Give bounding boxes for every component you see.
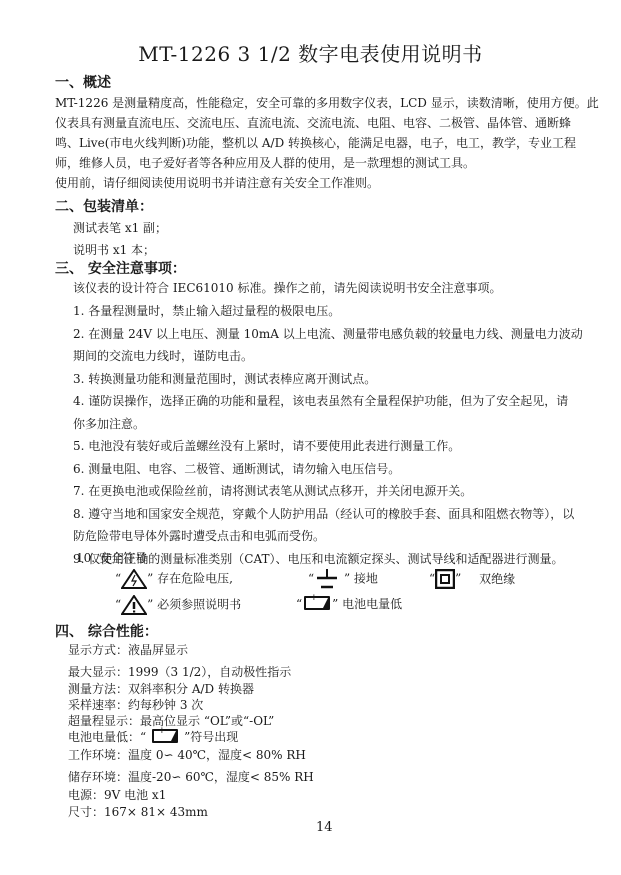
safety-list: 1. 各量程测量时，禁止输入超过量程的极限电压。 2. 在测量 24V 以上电压… [73, 300, 583, 570]
safety-item: 防危险带电导体外露时遭受点击和电弧而受伤。 [73, 525, 583, 548]
safety-item: 8. 遵守当地和国家安全规范，穿戴个人防护用品（经认可的橡胶手套、面具和阻燃衣物… [73, 503, 583, 526]
safety-item: 4. 谨防误操作，选择正确的功能和量程，该电表虽然有全量程保护功能，但为了安全起… [73, 390, 583, 413]
safety-item: 你多加注意。 [73, 413, 583, 436]
paragraph-line: MT-1226 是测量精度高，性能稳定，安全可靠的多用数字仪表，LCD 显示，读… [55, 93, 599, 113]
symbol-low-battery: “” 电池电量低 [296, 595, 402, 612]
caution-warning-icon [121, 595, 147, 615]
packing-list: 测试表笔 x1 副； 说明书 x1 本； [73, 217, 167, 261]
low-battery-icon [304, 596, 330, 610]
safety-item: 3. 转换测量功能和测量范围时，测试表棒应离开测试点。 [73, 368, 583, 391]
spec-dimensions: 尺寸：167× 81× 43mm [68, 803, 208, 820]
safety-item: 6. 测量电阻、电容、二极管、通断测试，请勿输入电压信号。 [73, 458, 583, 481]
spec-power: 电源：9V 电池 x1 [68, 786, 166, 803]
spec-display-mode: 显示方式：液晶屏显示 [68, 641, 188, 658]
section-1-heading: 一、概述 [55, 72, 111, 92]
section-4-heading: 四、 综合性能： [55, 621, 158, 641]
safety-item: 1. 各量程测量时，禁止输入超过量程的极限电压。 [73, 300, 583, 323]
paragraph-line: 师，维修人员，电子爱好者等各种应用及人群的使用，是一款理想的测试工具。 [55, 153, 599, 173]
safety-item: 期间的交流电力线时，谨防电击。 [73, 345, 583, 368]
safety-item: 2. 在测量 24V 以上电压、测量 10mA 以上电流、测量带电感负载的较量电… [73, 323, 583, 346]
double-insulation-icon [435, 569, 455, 589]
section-1-body: MT-1226 是测量精度高，性能稳定，安全可靠的多用数字仪表，LCD 显示，读… [55, 93, 599, 193]
symbol-ground: “ ” 接地 [308, 569, 378, 589]
paragraph-line: 鸣、Live(市电火线判断)功能，整机以 A/D 转换核心，能满足电器，电子，电… [55, 133, 599, 153]
spec-sample-rate: 采样速率：约每秒钟 3 次 [68, 696, 203, 713]
document-title: MT-1226 3 1/2 数字电表使用说明书 [0, 38, 621, 67]
spec-storage-env: 储存环境：温度-20∽ 60℃，湿度< 85% RH [68, 768, 314, 785]
paragraph-line: 使用前，请仔细阅读使用说明书并请注意有关安全工作准则。 [55, 173, 599, 193]
symbol-see-manual: “” 必须参照说明书 [115, 595, 241, 615]
safety-intro: 该仪表的设计符合 IEC61010 标准。操作之前，请先阅读说明书安全注意事项。 [73, 278, 502, 298]
symbol-double-insulation: “” 双绝缘 [429, 569, 515, 589]
spec-max-display: 最大显示：1999（3 1/2），自动极性指示 [68, 663, 291, 680]
section-3-heading: 三、 安全注意事项： [55, 258, 186, 278]
spec-overrange: 超量程显示：最高位显示 “OL”或“-OL” [68, 712, 274, 729]
safety-symbols-heading: 10. 安全符号 [76, 548, 147, 568]
safety-item: 7. 在更换电池或保险丝前，请将测试表笔从测试点移开，并关闭电源开关。 [73, 480, 583, 503]
paragraph-line: 仪表具有测量直流电压、交流电压、直流电流、交流电流、电阻、电容、二极管、晶体管、… [55, 113, 599, 133]
packing-item: 测试表笔 x1 副； [73, 217, 167, 239]
high-voltage-warning-icon [121, 569, 147, 589]
safety-item: 5. 电池没有装好或后盖螺丝没有上紧时，请不要使用此表进行测量工作。 [73, 435, 583, 458]
spec-measure-method: 测量方法：双斜率积分 A/D 转换器 [68, 680, 254, 697]
symbol-danger-voltage: “” 存在危险电压, [115, 569, 233, 589]
spec-battery-low: 电池电量低：“”符号出现 [68, 728, 238, 745]
safety-item: 9. 仅使用正确的测量标准类别（CAT）、电压和电流额定探头、测试导线和适配器进… [73, 548, 583, 571]
ground-icon [314, 569, 340, 589]
spec-operating-env: 工作环境：温度 0∽ 40℃，湿度< 80% RH [68, 746, 306, 763]
section-2-heading: 二、包装清单： [55, 196, 153, 216]
page-number: 14 [316, 820, 333, 835]
low-battery-icon [152, 729, 178, 743]
